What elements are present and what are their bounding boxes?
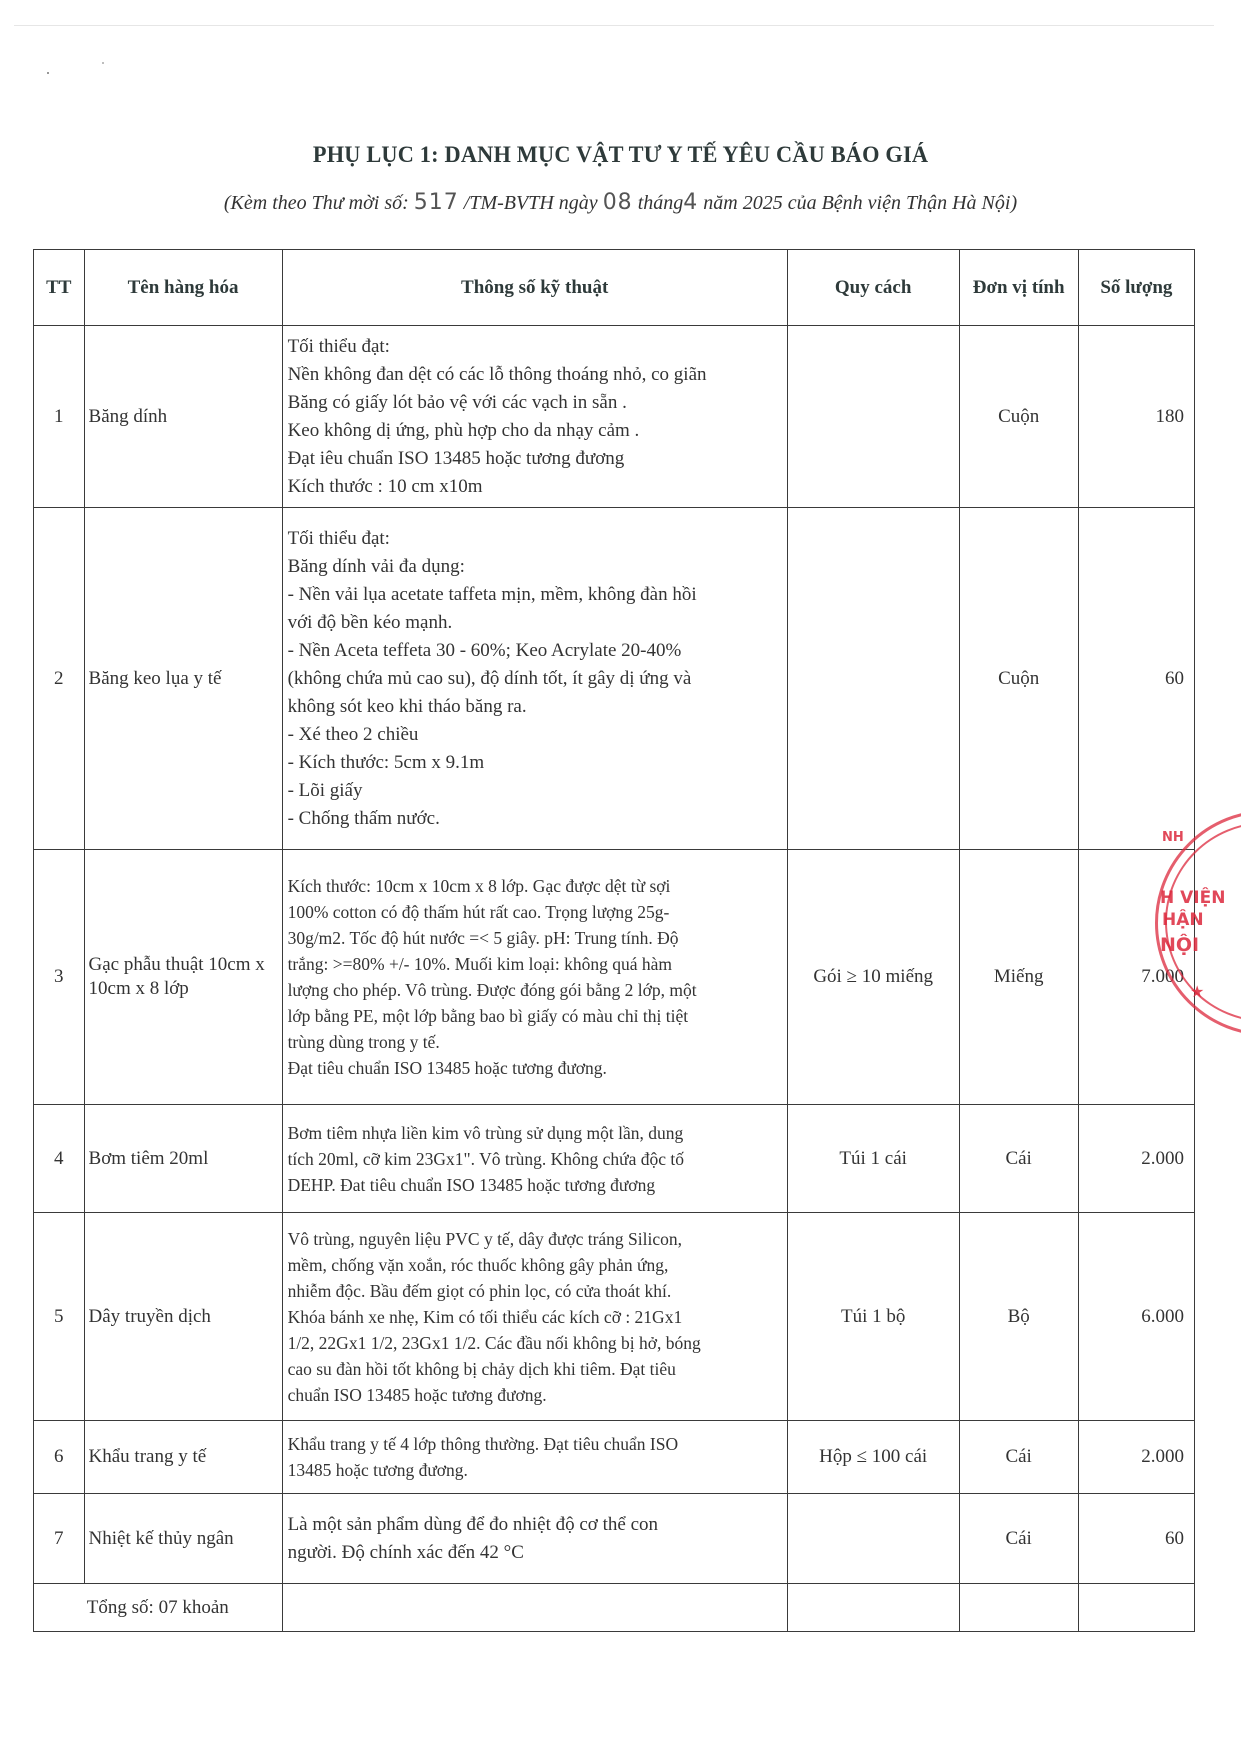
spec-line: Kích thước : 10 cm x10m [288,473,781,501]
spec-line: - Kích thước: 5cm x 9.1m [288,749,781,777]
table-row: 6Khẩu trang y tếKhẩu trang y tế 4 lớp th… [34,1421,1195,1494]
item-quantity: 2.000 [1078,1421,1194,1494]
total-empty-cell [787,1584,959,1632]
spec-line: Nền không đan dệt có các lỗ thông thoáng… [288,361,781,389]
item-name: Khẩu trang y tế [84,1421,282,1494]
spec-line: lượng cho phép. Vô trùng. Được đóng gói … [288,977,781,1003]
spec-line: - Nền Aceta teffeta 30 - 60%; Keo Acryla… [288,637,781,665]
document-subtitle: (Kèm theo Thư mời số: 517 /TM-BVTH ngày … [0,190,1241,215]
item-name: Băng dính [84,326,282,508]
spec-line: Là một sản phẩm dùng để đo nhiệt độ cơ t… [288,1511,781,1539]
header-name: Tên hàng hóa [84,250,282,326]
table-row: 1Băng dínhTối thiểu đạt:Nền không đan dệ… [34,326,1195,508]
item-spec: Khẩu trang y tế 4 lớp thông thường. Đạt … [282,1421,787,1494]
spec-line: tích 20ml, cỡ kim 23Gx1". Vô trùng. Khôn… [288,1146,781,1172]
item-name: Nhiệt kế thủy ngân [84,1494,282,1584]
spec-line: - Xé theo 2 chiều [288,721,781,749]
header-spec: Thông số kỹ thuật [282,250,787,326]
spec-line: lớp bằng PE, một lớp bằng bao bì giấy có… [288,1003,781,1029]
item-unit: Miếng [959,850,1078,1105]
subtitle-prefix: (Kèm theo Thư mời số: [224,192,414,214]
item-spec: Vô trùng, nguyên liệu PVC y tế, dây được… [282,1213,787,1421]
header-quantity: Số lượng [1078,250,1194,326]
spec-line: - Nền vải lụa acetate taffeta mịn, mềm, … [288,581,781,609]
supplies-table: TT Tên hàng hóa Thông số kỹ thuật Quy cá… [33,249,1195,1632]
header-tt: TT [34,250,85,326]
spec-line: (không chứa mủ cao su), độ dính tốt, ít … [288,665,781,693]
spec-line: với độ bền kéo mạnh. [288,609,781,637]
spec-line: 30g/m2. Tốc độ hút nước =< 5 giây. pH: T… [288,925,781,951]
spec-line: - Chống thấm nước. [288,805,781,833]
table-header-row: TT Tên hàng hóa Thông số kỹ thuật Quy cá… [34,250,1195,326]
spec-line: Tối thiểu đạt: [288,333,781,361]
spec-line: Keo không dị ứng, phù hợp cho da nhạy cả… [288,417,781,445]
item-packaging [787,326,959,508]
spec-line: Khẩu trang y tế 4 lớp thông thường. Đạt … [288,1431,781,1457]
total-empty-cell [282,1584,787,1632]
total-empty-cell [1078,1584,1194,1632]
spec-line: 13485 hoặc tương đương. [288,1457,781,1483]
row-number: 6 [34,1421,85,1494]
item-spec: Tối thiểu đạt:Nền không đan dệt có các l… [282,326,787,508]
item-unit: Cái [959,1421,1078,1494]
subtitle-mid1: /TM-BVTH ngày [459,192,603,214]
total-row: Tổng số: 07 khoản [34,1584,1195,1632]
spec-line: Khóa bánh xe nhẹ, Kim có tối thiểu các k… [288,1304,781,1330]
handwritten-letter-number: 517 [414,190,459,215]
spec-line: mềm, chống vặn xoắn, róc thuốc không gây… [288,1252,781,1278]
item-name: Bơm tiêm 20ml [84,1105,282,1213]
item-unit: Cuộn [959,326,1078,508]
item-packaging [787,1494,959,1584]
spec-line: trùng dùng trong y tế. [288,1029,781,1055]
row-number: 1 [34,326,85,508]
spec-line: Băng dính vải đa dụng: [288,553,781,581]
item-name: Dây truyền dịch [84,1213,282,1421]
spec-line: Băng có giấy lót bảo vệ với các vạch in … [288,389,781,417]
item-packaging: Túi 1 cái [787,1105,959,1213]
document-title: PHỤ LỤC 1: DANH MỤC VẬT TƯ Y TẾ YÊU CẦU … [19,142,1223,168]
handwritten-day: 08 [603,190,633,215]
table-row: 2Băng keo lụa y tếTối thiểu đạt:Băng dín… [34,508,1195,850]
item-quantity: 180 [1078,326,1194,508]
spec-line: người. Độ chính xác đến 42 °C [288,1539,781,1567]
spec-line: Đạt tiêu chuẩn ISO 13485 hoặc tương đươn… [288,1055,781,1081]
spec-line: Kích thước: 10cm x 10cm x 8 lớp. Gạc đượ… [288,873,781,899]
handwritten-month: 4 [683,190,698,215]
spec-line: không sót keo khi tháo băng ra. [288,693,781,721]
spec-line: chuẩn ISO 13485 hoặc tương đương. [288,1382,781,1408]
spec-line: nhiễm độc. Bầu đếm giọt có phin lọc, có … [288,1278,781,1304]
table-row: 4Bơm tiêm 20mlBơm tiêm nhựa liền kim vô … [34,1105,1195,1213]
spec-line: Đạt iêu chuẩn ISO 13485 hoặc tương đương [288,445,781,473]
row-number: 5 [34,1213,85,1421]
item-spec: Là một sản phẩm dùng để đo nhiệt độ cơ t… [282,1494,787,1584]
item-unit: Cái [959,1105,1078,1213]
total-label: Tổng số: 07 khoản [34,1584,283,1632]
item-quantity: 60 [1078,1494,1194,1584]
total-empty-cell [959,1584,1078,1632]
header-packaging: Quy cách [787,250,959,326]
subtitle-suffix: năm 2025 của Bệnh viện Thận Hà Nội) [698,192,1017,214]
item-spec: Bơm tiêm nhựa liền kim vô trùng sử dụng … [282,1105,787,1213]
item-unit: Cái [959,1494,1078,1584]
row-number: 3 [34,850,85,1105]
spec-line: 1/2, 22Gx1 1/2, 23Gx1 1/2. Các đầu nối k… [288,1330,781,1356]
scan-artifact-line [14,25,1214,26]
item-unit: Bộ [959,1213,1078,1421]
spec-line: 100% cotton có độ thấm hút rất cao. Trọn… [288,899,781,925]
spec-line: trắng: >=80% +/- 10%. Muối kim loại: khô… [288,951,781,977]
item-name: Băng keo lụa y tế [84,508,282,850]
item-spec: Kích thước: 10cm x 10cm x 8 lớp. Gạc đượ… [282,850,787,1105]
table-row: 5Dây truyền dịchVô trùng, nguyên liệu PV… [34,1213,1195,1421]
item-packaging: Gói ≥ 10 miếng [787,850,959,1105]
item-packaging: Hộp ≤ 100 cái [787,1421,959,1494]
item-quantity: 7.000 [1078,850,1194,1105]
header-unit: Đơn vị tính [959,250,1078,326]
item-packaging [787,508,959,850]
row-number: 4 [34,1105,85,1213]
table-row: 7Nhiệt kế thủy ngânLà một sản phẩm dùng … [34,1494,1195,1584]
spec-line: Tối thiểu đạt: [288,525,781,553]
table-row: 3Gạc phẫu thuật 10cm x 10cm x 8 lớpKích … [34,850,1195,1105]
scan-speck [47,72,49,74]
spec-line: cao su đàn hồi tốt không bị chảy dịch kh… [288,1356,781,1382]
item-quantity: 2.000 [1078,1105,1194,1213]
subtitle-mid2: tháng [633,192,684,214]
row-number: 7 [34,1494,85,1584]
spec-line: Bơm tiêm nhựa liền kim vô trùng sử dụng … [288,1120,781,1146]
spec-line: Vô trùng, nguyên liệu PVC y tế, dây được… [288,1226,781,1252]
spec-line: DEHP. Đat tiêu chuẩn ISO 13485 hoặc tươn… [288,1172,781,1198]
row-number: 2 [34,508,85,850]
scan-speck [102,62,104,64]
item-unit: Cuộn [959,508,1078,850]
item-quantity: 60 [1078,508,1194,850]
item-name: Gạc phẫu thuật 10cm x 10cm x 8 lớp [84,850,282,1105]
spec-line: - Lõi giấy [288,777,781,805]
item-quantity: 6.000 [1078,1213,1194,1421]
item-spec: Tối thiểu đạt:Băng dính vải đa dụng:- Nề… [282,508,787,850]
item-packaging: Túi 1 bộ [787,1213,959,1421]
